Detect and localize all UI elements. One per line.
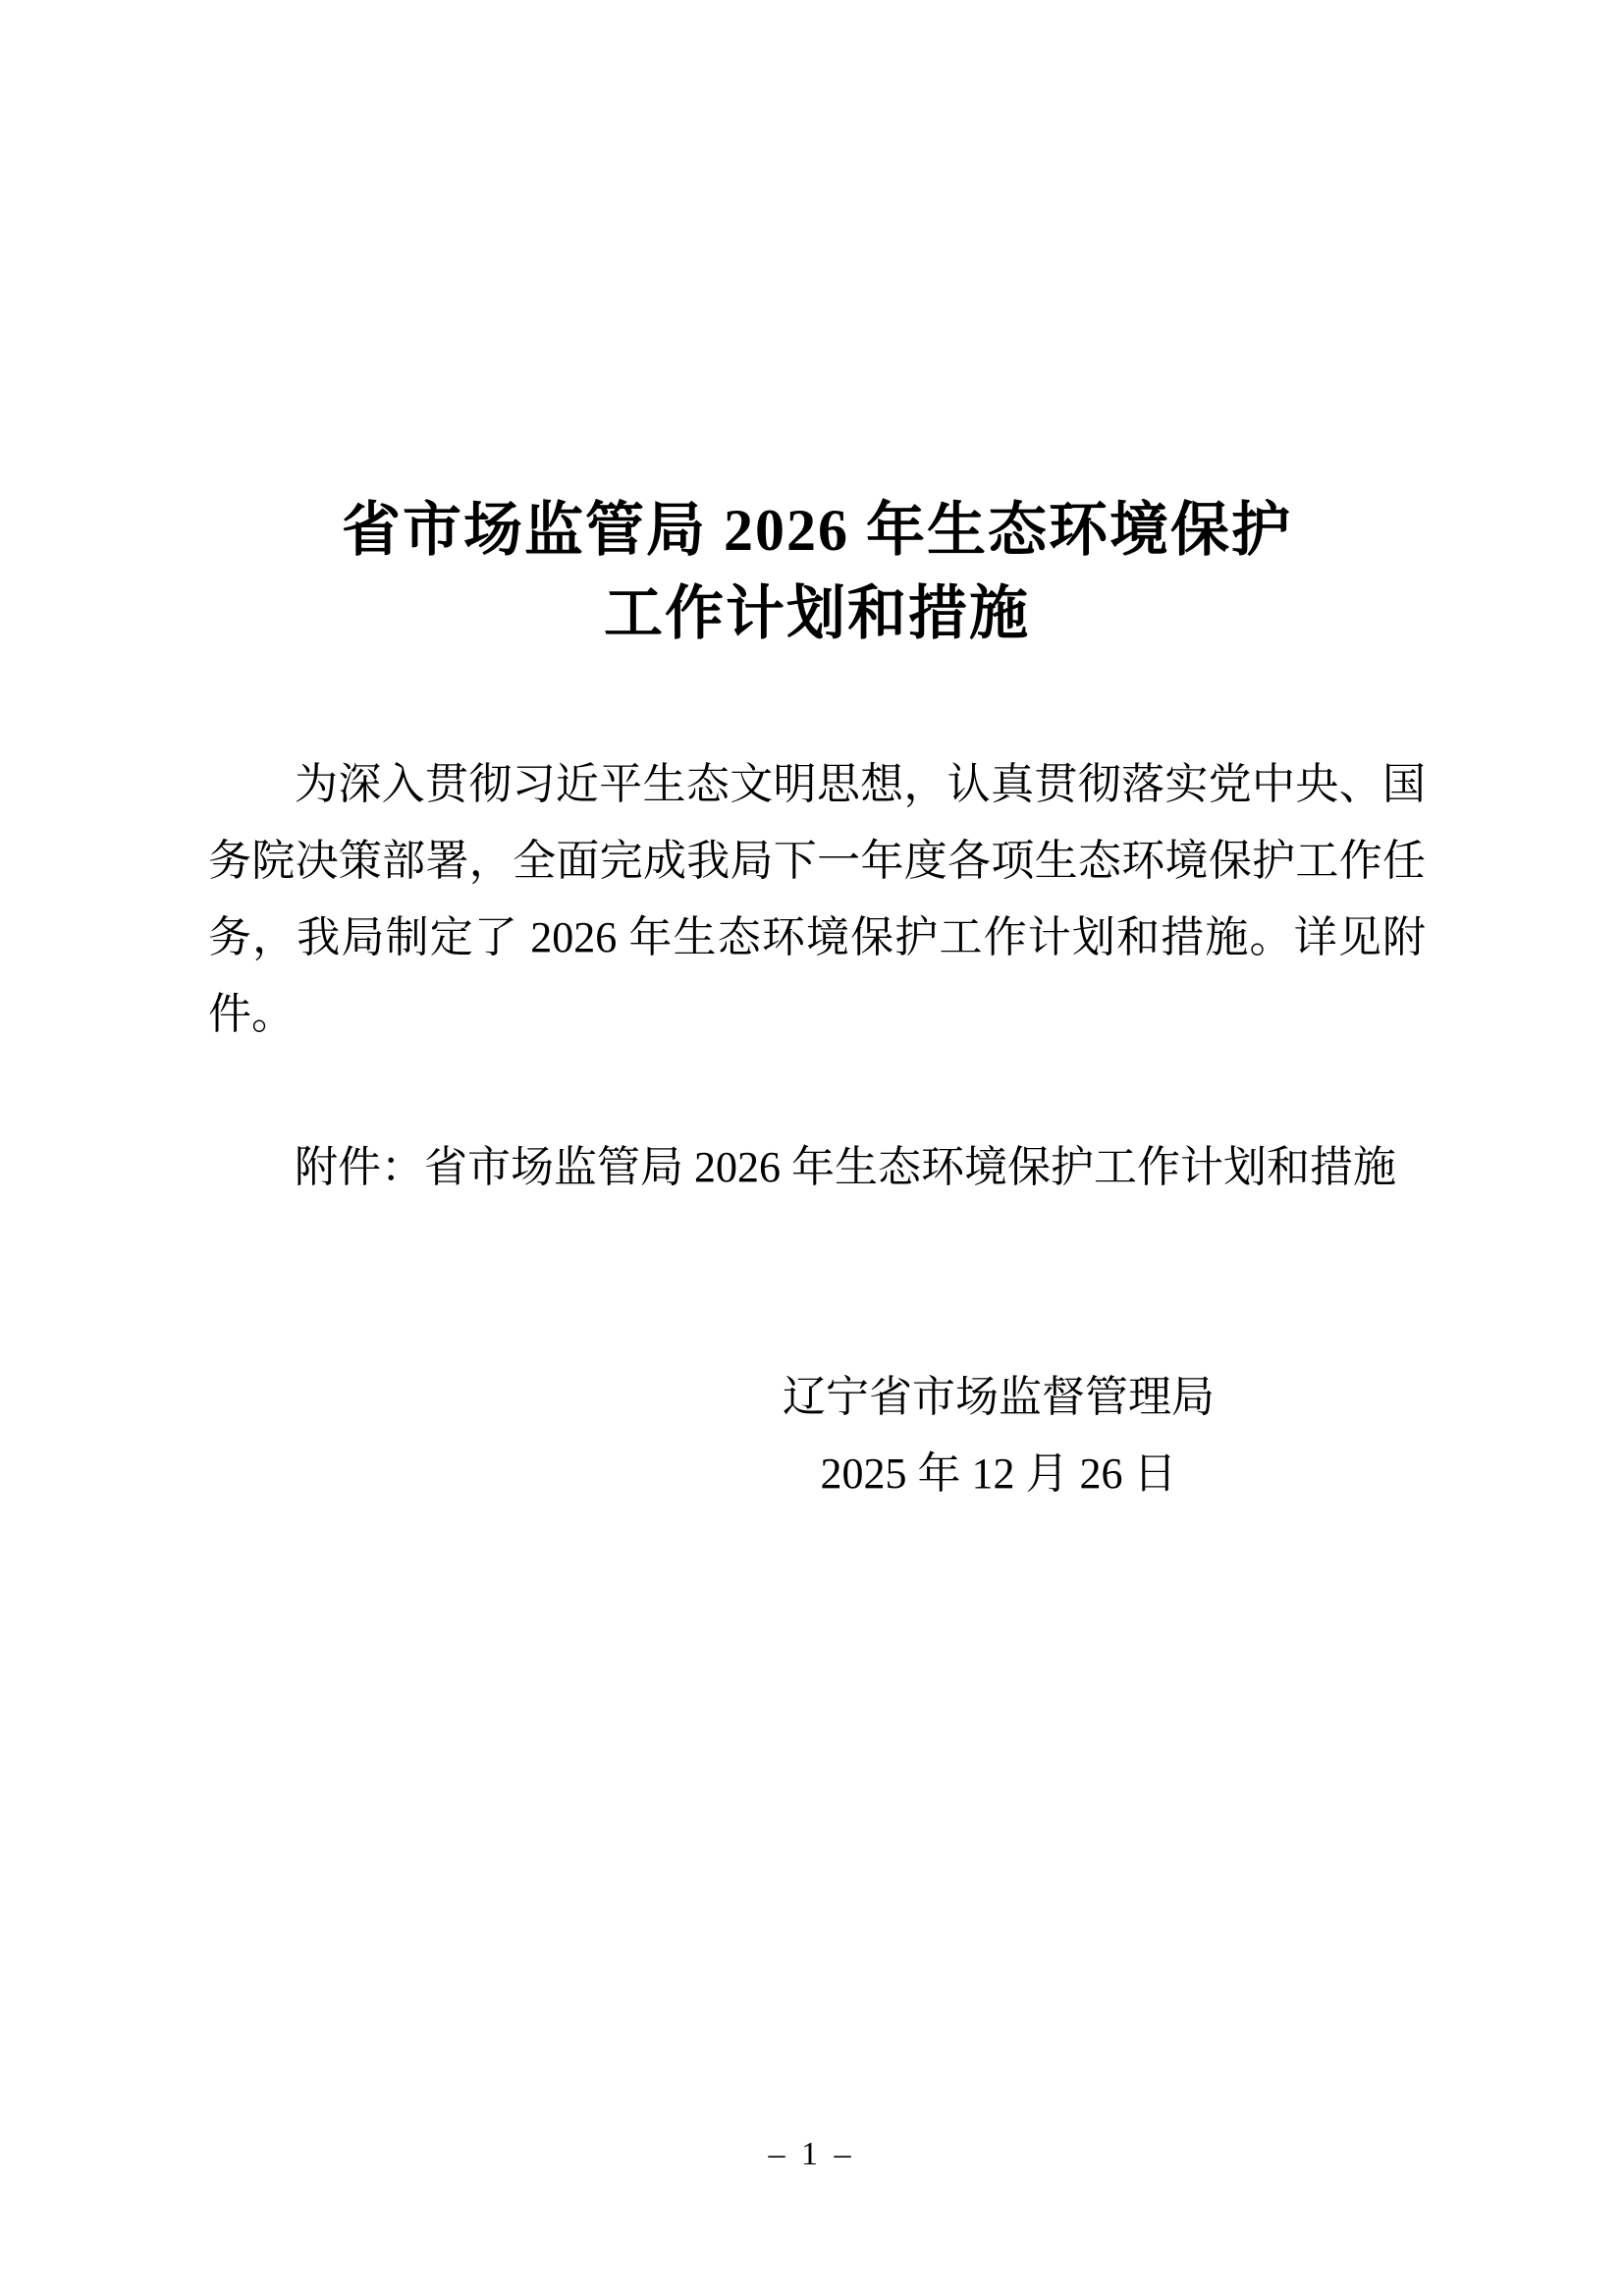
signature-date: 2025 年 12 月 26 日 bbox=[571, 1436, 1426, 1512]
document-page: 省市场监管局 2026 年生态环境保护 工作计划和措施 为深入贯彻习近平生态文明… bbox=[0, 0, 1623, 2296]
body-paragraph: 为深入贯彻习近平生态文明思想，认真贯彻落实党中央、国务院决策部署，全面完成我局下… bbox=[208, 746, 1426, 1053]
title-line-2: 工作计划和措施 bbox=[208, 573, 1426, 656]
signature-organization: 辽宁省市场监督管理局 bbox=[571, 1359, 1426, 1436]
title-line-1: 省市场监管局 2026 年生态环境保护 bbox=[208, 489, 1426, 573]
page-number: – 1 – bbox=[0, 2133, 1623, 2176]
document-title: 省市场监管局 2026 年生态环境保护 工作计划和措施 bbox=[208, 0, 1426, 656]
signature-block: 辽宁省市场监督管理局 2025 年 12 月 26 日 bbox=[571, 1359, 1426, 1512]
attachment-line: 附件：省市场监管局 2026 年生态环境保护工作计划和措施 bbox=[208, 1129, 1426, 1206]
document-content: 省市场监管局 2026 年生态环境保护 工作计划和措施 为深入贯彻习近平生态文明… bbox=[208, 0, 1426, 1512]
